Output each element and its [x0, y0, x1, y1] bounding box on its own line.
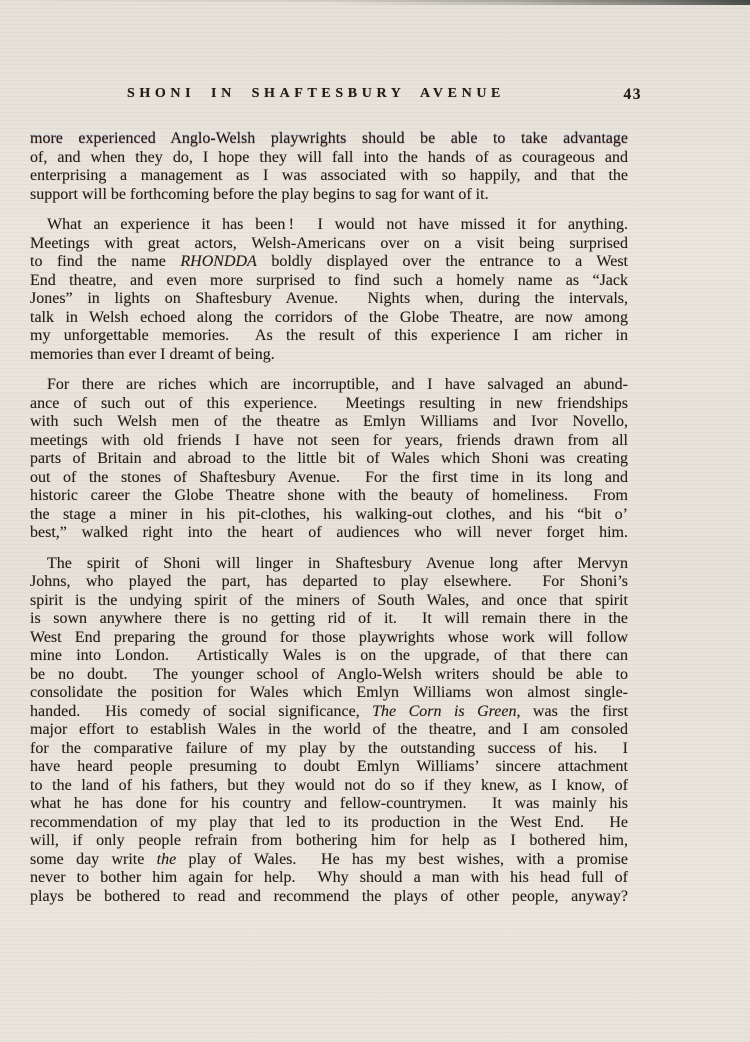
text-segment: be no doubt. The younger school of Anglo… — [30, 666, 628, 683]
text-line: For there are riches which are incorrupt… — [30, 376, 628, 395]
text-line: parts of Britain and abroad to the littl… — [30, 450, 628, 469]
text-segment: enterprising a management as I was assoc… — [30, 167, 628, 184]
text-segment: play of Wales. He has my best wishes, wi… — [176, 851, 628, 868]
text-line: consolidate the position for Wales which… — [30, 684, 628, 703]
text-segment: handed. His comedy of social significanc… — [30, 703, 372, 720]
page-number: 43 — [624, 86, 643, 104]
text-segment: some day write — [30, 851, 157, 868]
text-segment: parts of Britain and abroad to the littl… — [30, 450, 628, 467]
text-segment: End theatre, and even more surprised to … — [30, 272, 628, 289]
text-line: meetings with old friends I have not see… — [30, 432, 628, 451]
text-segment: For there are riches which are incorrupt… — [47, 376, 628, 393]
text-line: enterprising a management as I was assoc… — [30, 167, 628, 186]
text-line: historic career the Globe Theatre shone … — [30, 487, 628, 506]
text-line: be no doubt. The younger school of Anglo… — [30, 666, 628, 685]
text-line: handed. His comedy of social significanc… — [30, 703, 628, 722]
text-segment: ance of such out of this experience. Mee… — [30, 395, 628, 412]
text-line: spirit is the undying spirit of the mine… — [30, 592, 628, 611]
text-segment: boldly displayed over the entrance to a … — [257, 253, 628, 270]
text-segment: of, and when they do, I hope they will f… — [30, 149, 628, 166]
text-line: recommendation of my play that led to it… — [30, 814, 628, 833]
paragraph: The spirit of Shoni will linger in Shaft… — [30, 555, 628, 907]
text-segment: will, if only people refrain from bother… — [30, 832, 628, 849]
text-segment: major effort to establish Wales in the w… — [30, 721, 628, 738]
text-segment: with such Welsh men of the theatre as Em… — [30, 413, 628, 430]
paragraph: more experienced Anglo-Welsh playwrights… — [30, 130, 628, 204]
text-line: mine into London. Artistically Wales is … — [30, 647, 628, 666]
text-line: What an experience it has been ! I would… — [30, 216, 628, 235]
text-line: is sown anywhere there is no getting rid… — [30, 610, 628, 629]
text-segment: for the comparative failure of my play b… — [30, 740, 628, 757]
text-segment: What an experience it has been ! I would… — [47, 216, 628, 233]
text-line: the stage a miner in his pit-clothes, hi… — [30, 506, 628, 525]
text-segment: The spirit of Shoni will linger in Shaft… — [47, 555, 628, 572]
text-segment: never to bother him again for help. Why … — [30, 869, 628, 886]
scan-edge-artifact — [330, 0, 750, 5]
text-line: support will be forthcoming before the p… — [30, 186, 628, 205]
text-segment: meetings with old friends I have not see… — [30, 432, 628, 449]
text-line: Jones” in lights on Shaftesbury Avenue. … — [30, 290, 628, 309]
text-segment: recommendation of my play that led to it… — [30, 814, 628, 831]
text-line: memories than ever I dreamt of being. — [30, 346, 628, 365]
text-segment: to find the name — [30, 253, 180, 270]
italic-text: the — [157, 851, 177, 868]
text-segment: have heard people presuming to doubt Eml… — [30, 758, 628, 775]
text-segment: West End preparing the ground for those … — [30, 629, 628, 646]
text-segment: what he has done for his country and fel… — [30, 795, 628, 812]
paragraph: What an experience it has been ! I would… — [30, 216, 628, 364]
text-segment: consolidate the position for Wales which… — [30, 684, 628, 701]
text-line: have heard people presuming to doubt Eml… — [30, 758, 628, 777]
paragraph: For there are riches which are incorrupt… — [30, 376, 628, 543]
text-segment: my unforgettable memories. As the result… — [30, 327, 628, 344]
text-line: some day write the play of Wales. He has… — [30, 851, 628, 870]
text-segment: out of the stones of Shaftesbury Avenue.… — [30, 469, 628, 486]
text-segment: to the land of his fathers, but they wou… — [30, 777, 628, 794]
text-line: with such Welsh men of the theatre as Em… — [30, 413, 628, 432]
text-line: more experienced Anglo-Welsh playwrights… — [30, 130, 628, 149]
text-block: more experienced Anglo-Welsh playwrights… — [30, 130, 628, 906]
text-line: Johns, who played the part, has departed… — [30, 573, 628, 592]
book-page: SHONI IN SHAFTESBURY AVENUE 43 more expe… — [0, 0, 750, 1042]
text-line: plays be bothered to read and recommend … — [30, 888, 628, 907]
text-segment: support will be forthcoming before the p… — [30, 186, 489, 203]
text-segment: talk in Welsh echoed along the corridors… — [30, 309, 628, 326]
running-title: SHONI IN SHAFTESBURY AVENUE — [30, 86, 642, 102]
text-line: talk in Welsh echoed along the corridors… — [30, 309, 628, 328]
running-header: SHONI IN SHAFTESBURY AVENUE 43 — [30, 86, 642, 108]
text-segment: , was the first — [516, 703, 628, 720]
text-segment: Johns, who played the part, has departed… — [30, 573, 628, 590]
text-segment: spirit is the undying spirit of the mine… — [30, 592, 628, 609]
text-line: will, if only people refrain from bother… — [30, 832, 628, 851]
text-line: West End preparing the ground for those … — [30, 629, 628, 648]
text-line: ance of such out of this experience. Mee… — [30, 395, 628, 414]
text-line: best,” walked right into the heart of au… — [30, 524, 628, 543]
text-line: for the comparative failure of my play b… — [30, 740, 628, 759]
text-segment: plays be bothered to read and recommend … — [30, 888, 628, 905]
text-line: to find the name RHONDDA boldly displaye… — [30, 253, 628, 272]
text-segment: Jones” in lights on Shaftesbury Avenue. … — [30, 290, 628, 307]
text-line: End theatre, and even more surprised to … — [30, 272, 628, 291]
text-line: major effort to establish Wales in the w… — [30, 721, 628, 740]
text-line: my unforgettable memories. As the result… — [30, 327, 628, 346]
text-line: out of the stones of Shaftesbury Avenue.… — [30, 469, 628, 488]
text-segment: historic career the Globe Theatre shone … — [30, 487, 628, 504]
text-line: of, and when they do, I hope they will f… — [30, 149, 628, 168]
text-line: never to bother him again for help. Why … — [30, 869, 628, 888]
text-segment: is sown anywhere there is no getting rid… — [30, 610, 628, 627]
text-segment: the stage a miner in his pit-clothes, hi… — [30, 506, 628, 523]
text-segment: more experienced Anglo-Welsh playwrights… — [30, 130, 628, 147]
text-line: Meetings with great actors, Welsh-Americ… — [30, 235, 628, 254]
text-segment: mine into London. Artistically Wales is … — [30, 647, 628, 664]
text-line: what he has done for his country and fel… — [30, 795, 628, 814]
italic-text: The Corn is Green — [372, 703, 516, 720]
text-segment: Meetings with great actors, Welsh-Americ… — [30, 235, 628, 252]
italic-text: RHONDDA — [180, 253, 256, 270]
text-line: The spirit of Shoni will linger in Shaft… — [30, 555, 628, 574]
text-line: to the land of his fathers, but they wou… — [30, 777, 628, 796]
text-segment: best,” walked right into the heart of au… — [30, 524, 628, 541]
text-segment: memories than ever I dreamt of being. — [30, 346, 275, 363]
